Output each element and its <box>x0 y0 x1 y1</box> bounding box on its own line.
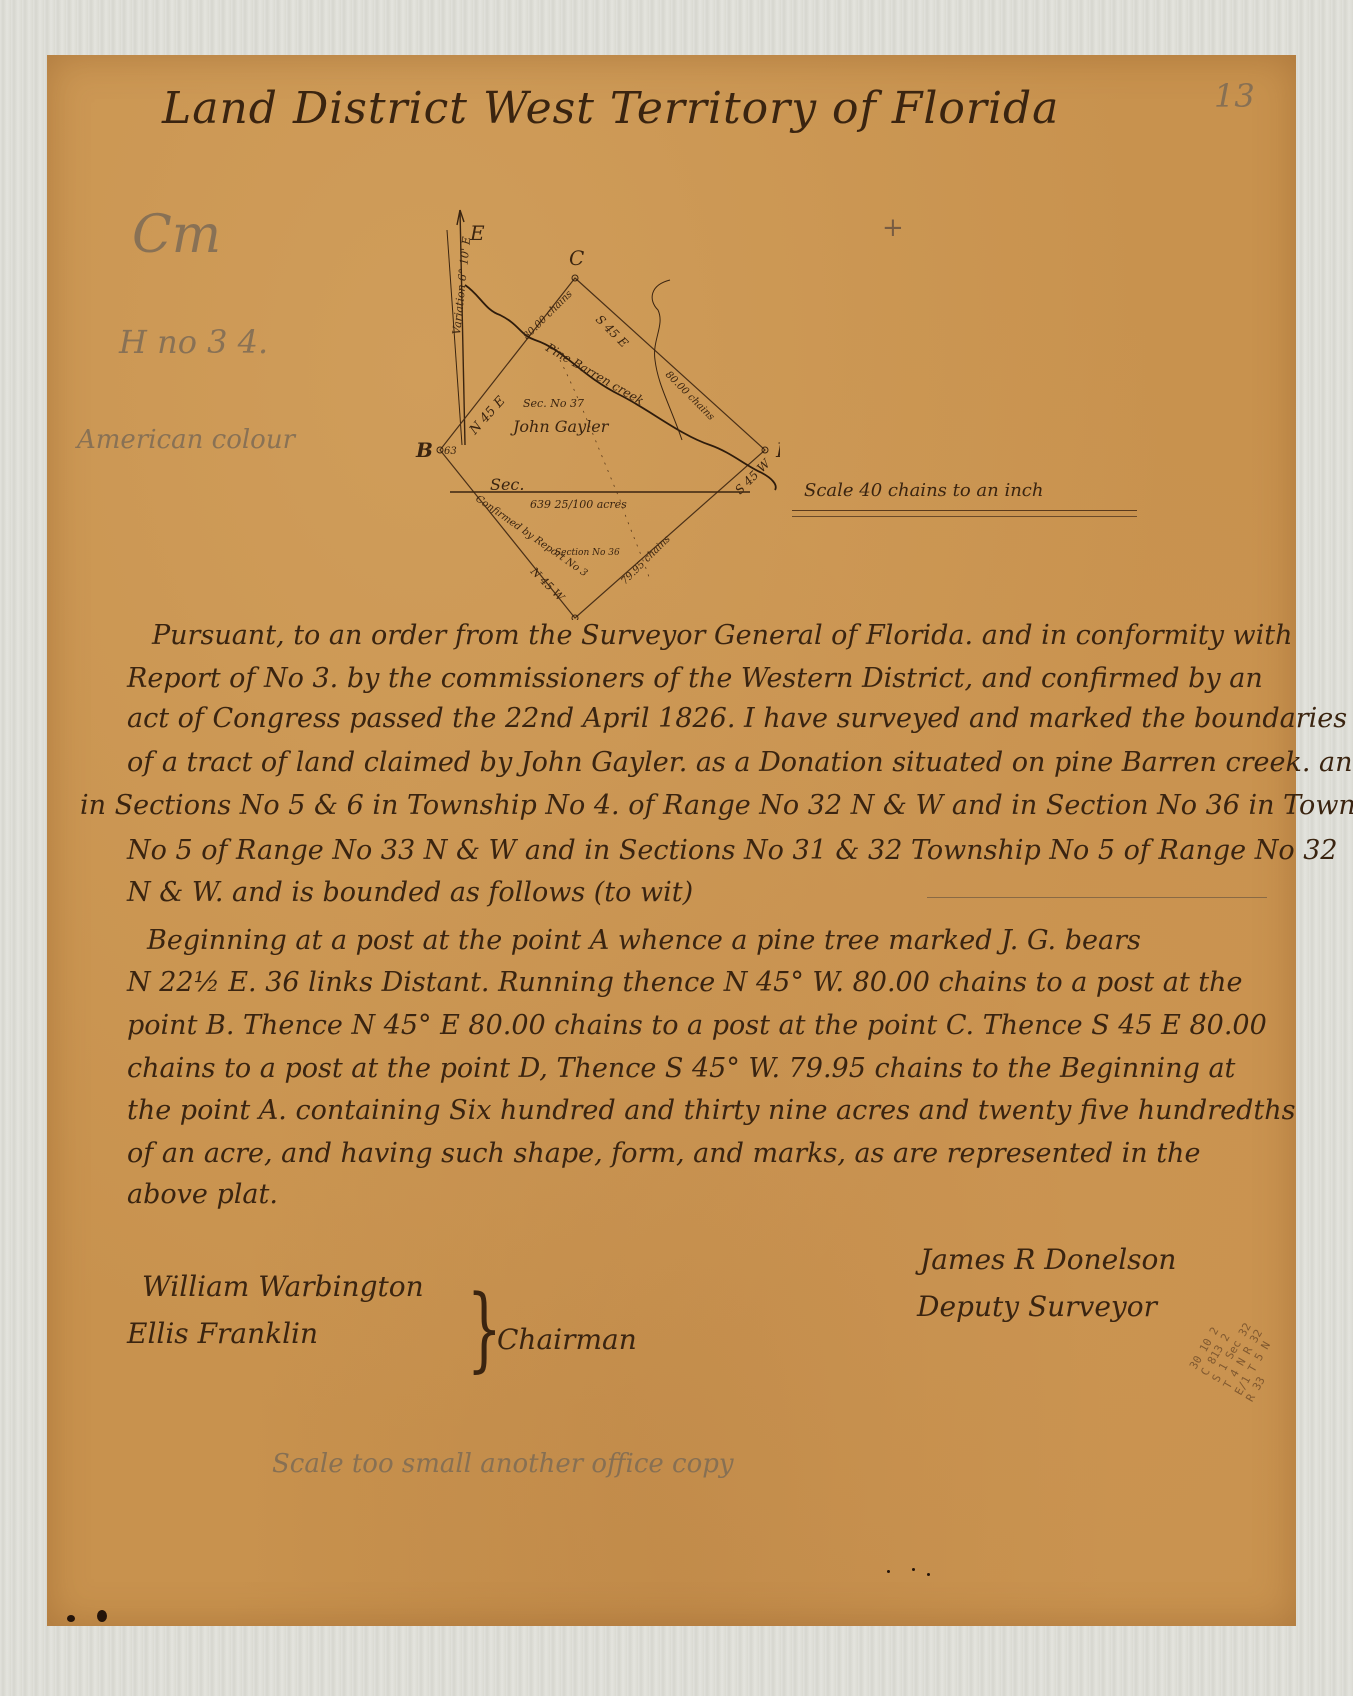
corner-d-label: D <box>775 438 780 462</box>
corner-b-note: 63 <box>444 446 457 457</box>
scale-underline-2 <box>792 516 1137 517</box>
body-line-13: of an acre, and having such shape, form,… <box>127 1138 1200 1169</box>
ink-spot <box>927 1573 930 1576</box>
section-37-label: Sec. No 37 <box>523 397 584 410</box>
line-end-rule <box>927 897 1267 898</box>
archive-stamp: 30 10 2 C 813 2 S 1 Sec 32 T 4 N R 32 E/… <box>1187 1287 1353 1465</box>
ink-spot <box>887 1570 890 1573</box>
ink-spot <box>67 1615 75 1622</box>
section-36-label: Section No 36 <box>555 548 620 558</box>
claimant-name: John Gayler <box>510 417 610 436</box>
body-line-6: No 5 of Range No 33 N & W and in Section… <box>127 835 1338 866</box>
page-number: 13 <box>1214 77 1255 115</box>
line-c-d-distance: 80.00 chains <box>663 369 716 422</box>
pencil-mark-cm: Cm <box>132 205 221 265</box>
corner-c-label: C <box>569 246 584 270</box>
body-line-14: above plat. <box>127 1179 278 1210</box>
line-d-a-distance: 79.95 chains <box>619 534 672 587</box>
body-line-8: Beginning at a post at the point A whenc… <box>147 925 1141 956</box>
line-b-c-distance: 80.00 chains <box>521 289 574 342</box>
pencil-colour-note: American colour <box>77 425 295 455</box>
body-line-7: N & W. and is bounded as follows (to wit… <box>127 877 693 908</box>
signature-surveyor: James R Donelson <box>920 1243 1176 1276</box>
signature-william-warbington: William Warbington <box>142 1270 424 1303</box>
plus-mark-icon: + <box>882 213 904 243</box>
line-a-b-bearing: N 45 W <box>527 564 568 605</box>
document-title: Land District West Territory of Florida <box>162 83 1059 134</box>
surveyor-role: Deputy Surveyor <box>917 1290 1157 1323</box>
ink-spot <box>97 1610 107 1622</box>
variation-label: Variation 6° 10' E <box>450 236 473 335</box>
signature-ellis-franklin: Ellis Franklin <box>127 1317 318 1350</box>
line-b-c-bearing: N 45 E <box>466 393 509 438</box>
body-line-9: N 22½ E. 36 links Distant. Running thenc… <box>127 967 1243 998</box>
manuscript-page: Land District West Territory of Florida … <box>47 55 1296 1626</box>
body-line-10: point B. Thence N 45° E 80.00 chains to … <box>127 1010 1267 1041</box>
scale-text: Scale 40 chains to an inch <box>804 480 1043 501</box>
pencil-bottom-note: Scale too small another office copy <box>272 1449 734 1479</box>
survey-plat: E Variation 6° 10' E C D B A 63 N 45 E 8… <box>380 200 780 620</box>
corner-b-label: B <box>415 438 433 462</box>
body-line-5: in Sections No 5 & 6 in Township No 4. o… <box>80 790 1353 821</box>
line-c-d-bearing: S 45 E <box>593 312 631 350</box>
body-line-2: Report of No 3. by the commissioners of … <box>127 663 1263 694</box>
pencil-reference: H no 3 4. <box>119 323 268 361</box>
body-line-12: the point A. containing Six hundred and … <box>127 1095 1295 1126</box>
ink-spot <box>912 1568 915 1571</box>
body-line-4: of a tract of land claimed by John Gayle… <box>127 747 1353 778</box>
commissioners-role: Chairman <box>497 1323 637 1356</box>
scale-underline <box>792 510 1137 511</box>
sec-label: Sec. <box>490 475 524 494</box>
body-line-11: chains to a post at the point D, Thence … <box>127 1053 1235 1084</box>
area-label: 639 25/100 acres <box>530 498 627 511</box>
body-line-1: Pursuant, to an order from the Surveyor … <box>152 620 1293 651</box>
body-line-3: act of Congress passed the 22nd April 18… <box>127 703 1347 734</box>
